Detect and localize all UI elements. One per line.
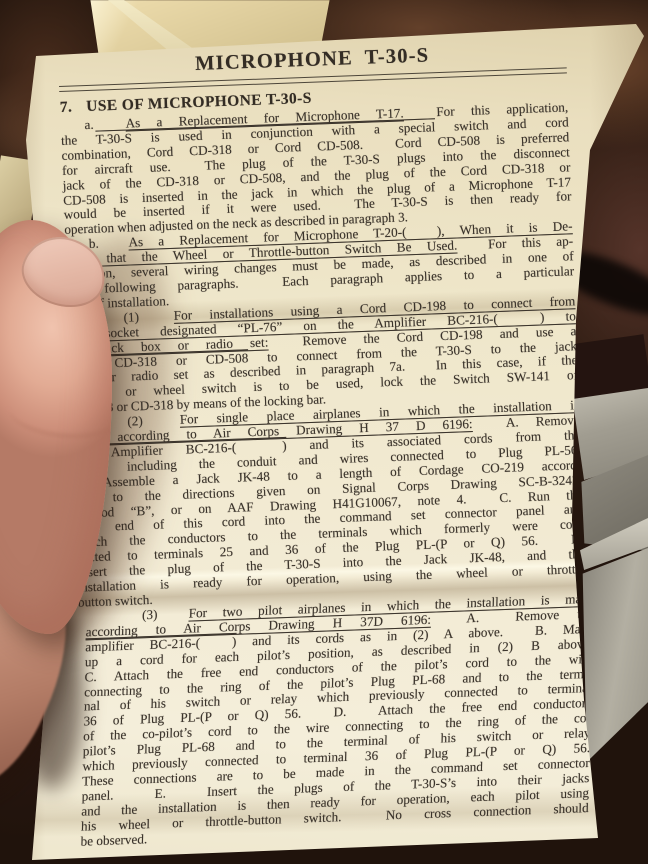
photo-of-instruction-sheet: MICROPHONE T-30-S 7.USE OF MICROPHONE T-… [0, 0, 648, 864]
subparagraph-3: (3) For two pilot airplanes in which the… [80, 592, 593, 849]
subparagraph-1: (1) For installations using a Cord CD-19… [67, 294, 578, 417]
subparagraph-2: (2) For single place airplanes in which … [71, 398, 586, 610]
section-number: 7. [60, 99, 73, 116]
printed-text: MICROPHONE T-30-S 7.USE OF MICROPHONE T-… [58, 39, 595, 848]
body-paragraphs: a. As a Replacement for Microphone T-17.… [60, 100, 594, 849]
paragraph-a: a. As a Replacement for Microphone T-17.… [60, 100, 572, 238]
